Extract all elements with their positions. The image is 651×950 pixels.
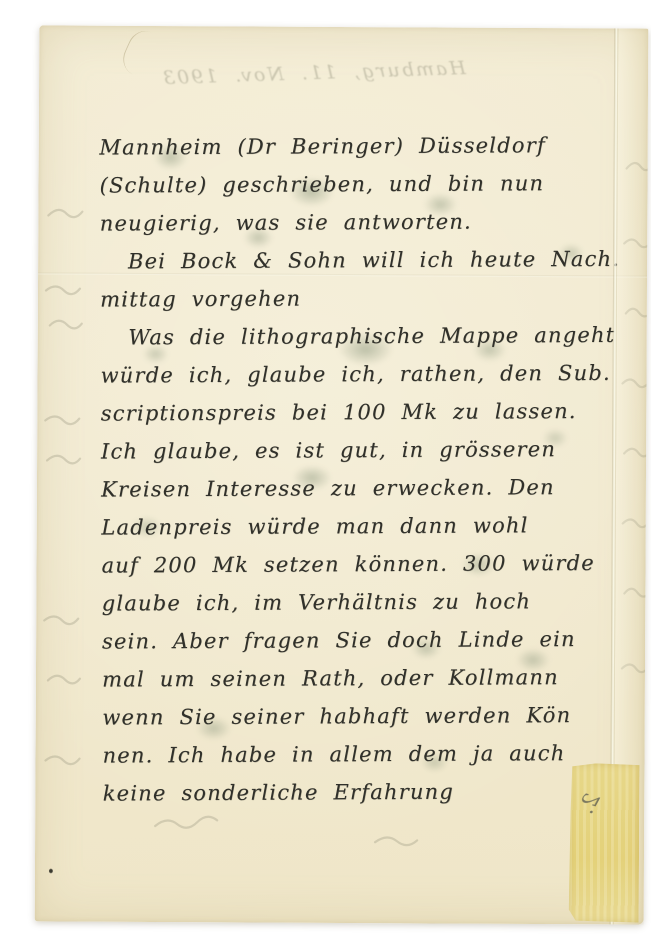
showthrough-dateline: Hamburg, 11. Nov. 1903 xyxy=(121,57,467,104)
scan-background: Hamburg, 11. Nov. 1903 Mannheim (Dr Beri… xyxy=(0,0,651,950)
letter-line: (Schulte) geschrieben, und bin nun xyxy=(99,164,634,205)
letter-line: sein. Aber fragen Sie doch Linde ein xyxy=(102,620,637,661)
letter-line: mal um seinen Rath, oder Kollmann xyxy=(102,658,637,699)
letter-body: Mannheim (Dr Beringer) Düsseldorf(Schult… xyxy=(99,126,638,813)
letter-line: Mannheim (Dr Beringer) Düsseldorf xyxy=(99,126,634,167)
letter-line: würde ich, glaube ich, rathen, den Sub. xyxy=(100,354,635,395)
letter-line: neugierig, was sie antworten. xyxy=(100,202,635,243)
letter-line: wenn Sie seiner habhaft werden Kön xyxy=(102,696,637,737)
letter-line: keine sonderliche Erfahrung xyxy=(103,772,638,813)
tape-repair-strip: 2. xyxy=(569,763,640,922)
letter-line: auf 200 Mk setzen können. 300 würde xyxy=(101,544,636,585)
letter-line: mittag vorgehen xyxy=(100,278,635,319)
letter-line: Ladenpreis würde man dann wohl xyxy=(101,506,636,547)
letter-line: Ich glaube, es ist gut, in grösseren xyxy=(101,430,636,471)
pencil-mark: 2. xyxy=(574,789,605,818)
letter-paper: Hamburg, 11. Nov. 1903 Mannheim (Dr Beri… xyxy=(35,25,649,924)
pin-hole xyxy=(49,868,53,873)
letter-line: Kreisen Interesse zu erwecken. Den xyxy=(101,468,636,509)
letter-line: glaube ich, im Verhältnis zu hoch xyxy=(102,582,637,623)
letter-line: nen. Ich habe in allem dem ja auch xyxy=(102,734,637,775)
letter-line: scriptionspreis bei 100 Mk zu lassen. xyxy=(101,392,636,433)
letter-line: Was die lithographische Mappe angeht xyxy=(100,316,635,357)
